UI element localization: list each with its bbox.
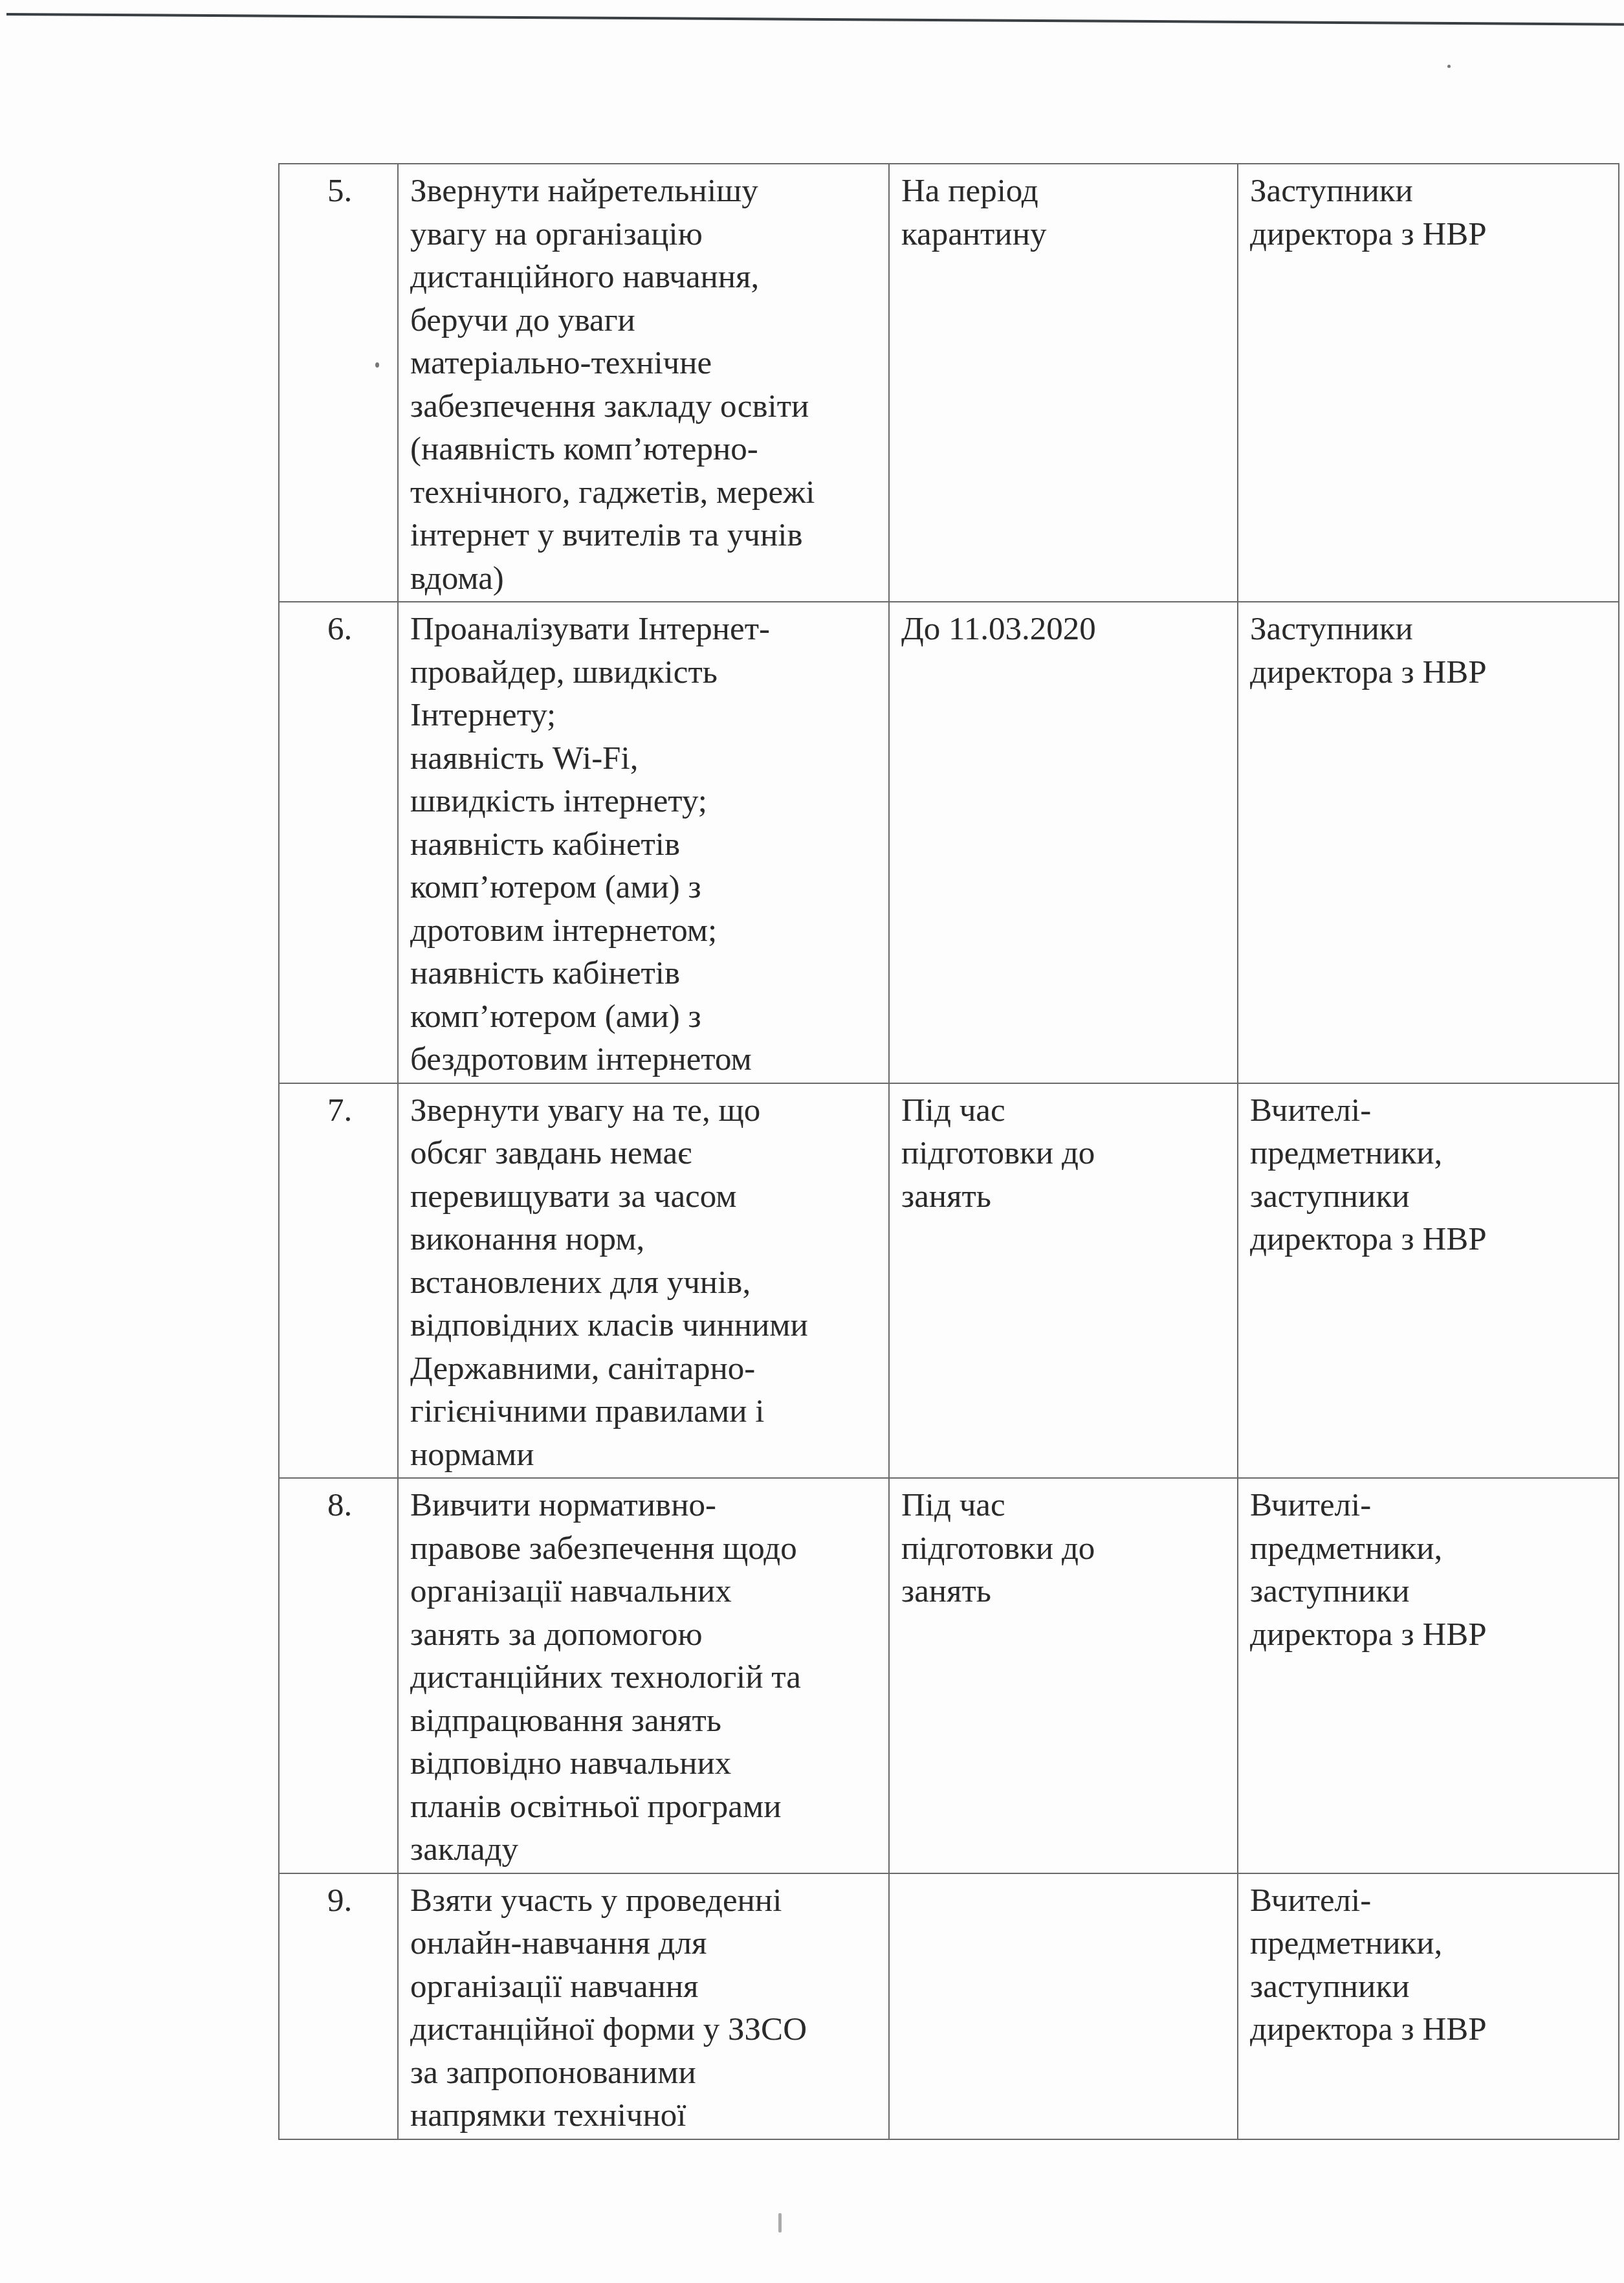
- task-text-line: відповідних класів чинними: [410, 1304, 879, 1347]
- deadline-text-line: карантину: [901, 213, 1228, 256]
- table-row: 8.Вивчити нормативно-правове забезпеченн…: [279, 1478, 1619, 1873]
- task-text-line: Звернути увагу на те, що: [410, 1089, 879, 1132]
- task-text-line: наявність Wi-Fi,: [410, 737, 879, 780]
- task-description: Проаналізувати Інтернет-провайдер, швидк…: [398, 602, 889, 1083]
- deadline-text-line: підготовки до: [901, 1132, 1228, 1175]
- table-row: 5.Звернути найретельнішуувагу на організ…: [279, 164, 1619, 602]
- row-number: 6.: [279, 602, 398, 1083]
- scan-speck: [778, 2213, 782, 2233]
- task-text-line: за запропонованими: [410, 2051, 879, 2095]
- responsible-text-line: Вчителі-: [1250, 1484, 1609, 1527]
- row-number: 7.: [279, 1083, 398, 1479]
- task-text-line: планів освітньої програми: [410, 1785, 879, 1829]
- responsible-text-line: заступники: [1250, 1570, 1609, 1613]
- task-text-line: виконання норм,: [410, 1218, 879, 1261]
- table-row: 6.Проаналізувати Інтернет-провайдер, шви…: [279, 602, 1619, 1083]
- task-text-line: відпрацювання занять: [410, 1699, 879, 1743]
- scan-speck: [1447, 65, 1451, 68]
- task-text-line: правове забезпечення щодо: [410, 1527, 879, 1571]
- responsible: Заступникидиректора з НВР: [1238, 602, 1619, 1083]
- deadline-text-line: Під час: [901, 1089, 1228, 1132]
- task-text-line: дистанційного навчання,: [410, 256, 879, 299]
- task-text-line: комп’ютером (ами) з: [410, 866, 879, 909]
- responsible: Вчителі-предметники,заступникидиректора …: [1238, 1478, 1619, 1873]
- task-text-line: Інтернету;: [410, 694, 879, 737]
- row-number: 8.: [279, 1478, 398, 1873]
- deadline-text-line: До 11.03.2020: [901, 608, 1228, 651]
- task-text-line: матеріально-технічне: [410, 342, 879, 385]
- task-text-line: дистанційної форми у ЗЗСО: [410, 2008, 879, 2051]
- table-row: 9.Взяти участь у проведенніонлайн-навчан…: [279, 1873, 1619, 2139]
- task-text-line: технічного, гаджетів, мережі: [410, 471, 879, 514]
- task-text-line: інтернет у вчителів та учнів: [410, 514, 879, 557]
- task-text-line: увагу на організацію: [410, 213, 879, 256]
- responsible-text-line: Вчителі-: [1250, 1879, 1609, 1923]
- task-description: Звернути увагу на те, щообсяг завдань не…: [398, 1083, 889, 1479]
- deadline: На періодкарантину: [889, 164, 1238, 602]
- responsible-text-line: заступники: [1250, 1965, 1609, 2009]
- deadline-text-line: Під час: [901, 1484, 1228, 1527]
- task-description: Взяти участь у проведенніонлайн-навчання…: [398, 1873, 889, 2139]
- deadline: Під часпідготовки дозанять: [889, 1478, 1238, 1873]
- task-text-line: обсяг завдань немає: [410, 1132, 879, 1175]
- responsible-text-line: предметники,: [1250, 1922, 1609, 1965]
- deadline: [889, 1873, 1238, 2139]
- task-description: Звернути найретельнішуувагу на організац…: [398, 164, 889, 602]
- responsible: Вчителі-предметники,заступникидиректора …: [1238, 1083, 1619, 1479]
- table-row: 7.Звернути увагу на те, щообсяг завдань …: [279, 1083, 1619, 1479]
- row-number: 9.: [279, 1873, 398, 2139]
- responsible-text-line: директора з НВР: [1250, 651, 1609, 694]
- task-text-line: комп’ютером (ами) з: [410, 995, 879, 1039]
- responsible: Вчителі-предметники,заступникидиректора …: [1238, 1873, 1619, 2139]
- task-text-line: дистанційних технологій та: [410, 1656, 879, 1699]
- task-text-line: закладу: [410, 1828, 879, 1871]
- responsible-text-line: заступники: [1250, 1175, 1609, 1219]
- action-plan-table: 5.Звернути найретельнішуувагу на організ…: [278, 163, 1619, 2140]
- task-description: Вивчити нормативно-правове забезпечення …: [398, 1478, 889, 1873]
- task-text-line: наявність кабінетів: [410, 823, 879, 866]
- deadline-text-line: підготовки до: [901, 1527, 1228, 1571]
- responsible-text-line: Заступники: [1250, 170, 1609, 213]
- responsible: Заступникидиректора з НВР: [1238, 164, 1619, 602]
- task-text-line: занять за допомогою: [410, 1613, 879, 1657]
- task-text-line: вдома): [410, 557, 879, 601]
- task-text-line: дротовим інтернетом;: [410, 909, 879, 953]
- task-text-line: Взяти участь у проведенні: [410, 1879, 879, 1923]
- task-text-line: організації навчальних: [410, 1570, 879, 1613]
- task-text-line: організації навчання: [410, 1965, 879, 2009]
- deadline-text-line: На період: [901, 170, 1228, 213]
- responsible-text-line: Вчителі-: [1250, 1089, 1609, 1132]
- task-text-line: Звернути найретельнішу: [410, 170, 879, 213]
- deadline-text-line: занять: [901, 1175, 1228, 1219]
- deadline: Під часпідготовки дозанять: [889, 1083, 1238, 1479]
- task-text-line: провайдер, швидкість: [410, 651, 879, 694]
- task-text-line: наявність кабінетів: [410, 952, 879, 995]
- task-text-line: беручи до уваги: [410, 299, 879, 342]
- responsible-text-line: директора з НВР: [1250, 213, 1609, 256]
- deadline: До 11.03.2020: [889, 602, 1238, 1083]
- task-text-line: (наявність комп’ютерно-: [410, 428, 879, 471]
- scan-edge-line: [6, 13, 1624, 26]
- task-text-line: гігієнічними правилами і: [410, 1390, 879, 1433]
- responsible-text-line: директора з НВР: [1250, 1218, 1609, 1261]
- task-text-line: онлайн-навчання для: [410, 1922, 879, 1965]
- task-text-line: напрямки технічної: [410, 2094, 879, 2137]
- task-text-line: перевищувати за часом: [410, 1175, 879, 1219]
- responsible-text-line: директора з НВР: [1250, 1613, 1609, 1657]
- task-text-line: відповідно навчальних: [410, 1742, 879, 1785]
- task-text-line: забезпечення закладу освіти: [410, 385, 879, 428]
- task-text-line: бездротовим інтернетом: [410, 1038, 879, 1081]
- responsible-text-line: предметники,: [1250, 1527, 1609, 1571]
- task-text-line: швидкість інтернету;: [410, 780, 879, 823]
- task-text-line: Вивчити нормативно-: [410, 1484, 879, 1527]
- task-text-line: нормами: [410, 1433, 879, 1477]
- responsible-text-line: Заступники: [1250, 608, 1609, 651]
- task-text-line: Державними, санітарно-: [410, 1347, 879, 1391]
- responsible-text-line: предметники,: [1250, 1132, 1609, 1175]
- task-text-line: Проаналізувати Інтернет-: [410, 608, 879, 651]
- task-text-line: встановлених для учнів,: [410, 1261, 879, 1305]
- deadline-text-line: занять: [901, 1570, 1228, 1613]
- row-number: 5.: [279, 164, 398, 602]
- responsible-text-line: директора з НВР: [1250, 2008, 1609, 2051]
